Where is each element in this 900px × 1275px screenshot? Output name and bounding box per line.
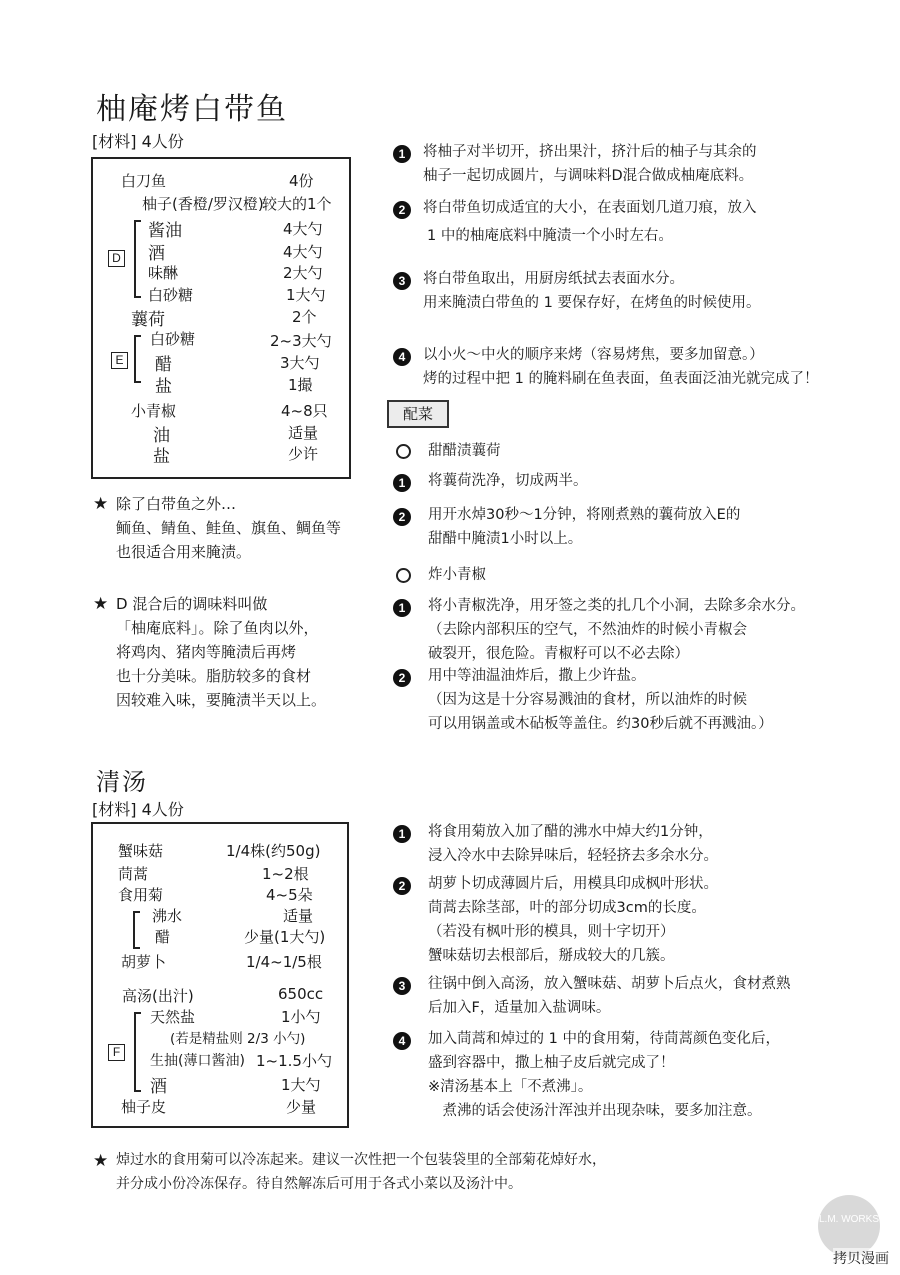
step-line: 1 中的柚庵底料中腌渍一个小时左右。 — [423, 224, 757, 248]
ingredient-qty: 适量 — [283, 905, 313, 926]
ingredient-qty: 650cc — [278, 985, 323, 1003]
step-line: 盛到容器中，撒上柚子皮后就完成了！ — [428, 1051, 780, 1075]
ingredient-qty: 少量 — [286, 1096, 316, 1117]
group-bracket-d — [134, 220, 141, 298]
group-tag-d: D — [108, 250, 125, 267]
group-bracket-f — [134, 1012, 141, 1092]
step-number-1-icon: 1 — [393, 825, 411, 843]
ingredient-name: 蘘荷 — [131, 305, 165, 330]
step-line: 煮沸的话会使汤汁浑浊并出现杂味，要多加注意。 — [428, 1099, 780, 1123]
note-line: 焯过水的食用菊可以冷冻起来。建议一次性把一个包装袋里的全部菊花焯好水， — [116, 1148, 606, 1172]
step-line: 用来腌渍白带鱼的 1 要保存好，在烤鱼的时候使用。 — [423, 291, 760, 315]
note-line: 也很适合用来腌渍。 — [116, 540, 341, 564]
recipe1-note-1: 除了白带鱼之外… 鲕鱼、鲭鱼、鲑鱼、旗鱼、鲷鱼等 也很适合用来腌渍。 — [116, 492, 341, 564]
side-dish-2-step-1: 将小青椒洗净，用牙签之类的扎几个小洞，去除多余水分。 （去除内部积压的空气，不然… — [428, 594, 805, 666]
step-line: 往锅中倒入高汤，放入蟹味菇、胡萝卜后点火，食材煮熟 — [428, 972, 791, 996]
step-line: 将白带鱼切成适宜的大小，在表面划几道刀痕，放入 — [423, 196, 757, 220]
star-icon: ★ — [93, 494, 108, 514]
ingredient-name: 柚子(香橙/罗汉橙) — [142, 193, 264, 214]
ingredient-qty: 1/4株(约50g) — [226, 840, 320, 861]
step-number-3-icon: 3 — [393, 272, 411, 290]
side-dish-label: 配菜 — [387, 400, 449, 428]
step-line: （若没有枫叶形的模具，则十字切开） — [428, 920, 718, 944]
ingredient-qty: 1大勺 — [281, 1074, 321, 1095]
note-line: 除了白带鱼之外… — [116, 492, 341, 516]
step-line: 蟹味菇切去根部后，掰成较大的几簇。 — [428, 944, 718, 968]
ingredient-qty: 1~2根 — [262, 863, 309, 884]
ingredient-qty: 4份 — [289, 170, 314, 191]
ingredient-name: 味醂 — [148, 262, 178, 283]
step-line: 用中等油温油炸后，撒上少许盐。 — [428, 664, 773, 688]
step-line: 将食用菊放入加了醋的沸水中焯大约1分钟， — [428, 820, 718, 844]
note-line: 将鸡肉、猪肉等腌渍后再烤 — [116, 640, 326, 664]
step-line: 柚子一起切成圆片，与调味料D混合做成柚庵底料。 — [423, 164, 757, 188]
star-icon: ★ — [93, 594, 108, 614]
ingredient-qty: 2个 — [292, 306, 317, 327]
step-number-2-icon: 2 — [393, 669, 411, 687]
ingredient-name: 醋 — [155, 926, 170, 947]
group-tag-e: E — [111, 352, 128, 369]
ingredient-name: 蟹味菇 — [118, 840, 163, 861]
ingredient-note: (若是精盐则 2/3 小勺) — [170, 1027, 305, 1047]
ingredient-name: 高汤(出汁) — [122, 985, 194, 1006]
ingredient-qty: 1~1.5小勺 — [256, 1050, 332, 1071]
ingredient-qty: 1小勺 — [281, 1006, 321, 1027]
step-line: （因为这是十分容易溅油的食材，所以油炸的时候 — [428, 688, 773, 712]
ingredient-name: 柚子皮 — [121, 1096, 166, 1117]
recipe2-step-2: 胡萝卜切成薄圆片后，用模具印成枫叶形状。 茼蒿去除茎部，叶的部分切成3cm的长度… — [428, 872, 718, 968]
ingredient-qty: 4~5朵 — [266, 884, 313, 905]
ingredient-qty: 适量 — [288, 422, 318, 443]
step-number-2-icon: 2 — [393, 201, 411, 219]
ingredient-name: 茼蒿 — [118, 863, 148, 884]
note-line: 也十分美味。脂肪较多的食材 — [116, 664, 326, 688]
ingredient-name: 天然盐 — [150, 1006, 195, 1027]
ingredient-name: 生抽(薄口酱油) — [150, 1050, 245, 1070]
ingredient-qty: 1/4~1/5根 — [246, 951, 322, 972]
circle-bullet-icon — [396, 568, 411, 583]
star-icon: ★ — [93, 1151, 108, 1171]
ingredient-name: 白砂糖 — [150, 328, 195, 349]
note-line: 因较难入味，要腌渍半天以上。 — [116, 688, 326, 712]
step-number-1-icon: 1 — [393, 599, 411, 617]
ingredient-name: 小青椒 — [131, 400, 176, 421]
step-line: 将小青椒洗净，用牙签之类的扎几个小洞，去除多余水分。 — [428, 594, 805, 618]
step-line: （去除内部积压的空气，不然油炸的时候小青椒会 — [428, 618, 805, 642]
note-line: D 混合后的调味料叫做 — [116, 592, 326, 616]
step-line: 加入茼蒿和焯过的 1 中的食用菊，待茼蒿颜色变化后， — [428, 1027, 780, 1051]
step-line: 浸入冷水中去除异味后，轻轻挤去多余水分。 — [428, 844, 718, 868]
side-dish-1-title: 甜醋渍蘘荷 — [428, 439, 501, 463]
ingredient-qty: 4大勺 — [283, 218, 323, 239]
group-tag-f: F — [108, 1044, 125, 1061]
note-line: 并分成小份冷冻保存。待自然解冻后可用于各式小菜以及汤汁中。 — [116, 1172, 606, 1196]
circle-bullet-icon — [396, 444, 411, 459]
ingredient-name: 白砂糖 — [148, 284, 193, 305]
step-line: 胡萝卜切成薄圆片后，用模具印成枫叶形状。 — [428, 872, 718, 896]
step-line: 以小火～中火的顺序来烤（容易烤焦，要多加留意。） — [423, 343, 818, 367]
recipe1-title: 柚庵烤白带鱼 — [96, 84, 288, 128]
ingredient-qty: 4大勺 — [283, 241, 323, 262]
side-dish-2-step-2: 用中等油温油炸后，撒上少许盐。 （因为这是十分容易溅油的食材，所以油炸的时候 可… — [428, 664, 773, 736]
ingredient-qty: 1撮 — [288, 374, 313, 395]
step-number-4-icon: 4 — [393, 348, 411, 366]
step-number-1-icon: 1 — [393, 474, 411, 492]
ingredient-name: 沸水 — [152, 905, 182, 926]
ingredient-qty: 4~8只 — [281, 400, 328, 421]
ingredient-name: 酱油 — [148, 216, 182, 241]
ingredient-name: 酒 — [150, 1072, 167, 1097]
step-number-3-icon: 3 — [393, 977, 411, 995]
ingredient-qty: 2大勺 — [283, 262, 323, 283]
side-dish-1-step-1: 将蘘荷洗净，切成两半。 — [428, 469, 588, 493]
recipe1-step-3: 将白带鱼取出，用厨房纸拭去表面水分。 用来腌渍白带鱼的 1 要保存好，在烤鱼的时… — [423, 267, 760, 315]
ingredient-name-text: 柚子(香橙/罗汉橙) — [142, 195, 264, 213]
step-number-4-icon: 4 — [393, 1032, 411, 1050]
step-line: 用开水焯30秒～1分钟，将刚煮熟的蘘荷放入E的 — [428, 503, 740, 527]
note-line: 鲕鱼、鲭鱼、鲑鱼、旗鱼、鲷鱼等 — [116, 516, 341, 540]
step-line: 茼蒿去除茎部，叶的部分切成3cm的长度。 — [428, 896, 718, 920]
step-line: 将柚子对半切开，挤出果汁，挤汁后的柚子与其余的 — [423, 140, 757, 164]
step-number-1-icon: 1 — [393, 145, 411, 163]
recipe1-note-2: D 混合后的调味料叫做 「柚庵底料」。除了鱼肉以外， 将鸡肉、猪肉等腌渍后再烤 … — [116, 592, 326, 712]
group-bracket — [133, 911, 140, 949]
ingredient-name: 胡萝卜 — [121, 951, 166, 972]
step-line: 将蘘荷洗净，切成两半。 — [428, 469, 588, 493]
step-number-2-icon: 2 — [393, 508, 411, 526]
recipe2-step-3: 往锅中倒入高汤，放入蟹味菇、胡萝卜后点火，食材煮熟 后加入F，适量加入盐调味。 — [428, 972, 791, 1020]
step-line: ※清汤基本上「不煮沸」。 — [428, 1075, 780, 1099]
step-line: 甜醋中腌渍1小时以上。 — [428, 527, 740, 551]
step-line: 可以用锅盖或木砧板等盖住。约30秒后就不再溅油。） — [428, 712, 773, 736]
recipe1-step-1: 将柚子对半切开，挤出果汁，挤汁后的柚子与其余的 柚子一起切成圆片，与调味料D混合… — [423, 140, 757, 188]
step-line: 烤的过程中把 1 的腌料刷在鱼表面，鱼表面泛油光就完成了！ — [423, 367, 818, 391]
recipe1-servings: [材料] 4人份 — [92, 129, 184, 152]
ingredient-name: 盐 — [155, 372, 172, 397]
side-dish-2-title: 炸小青椒 — [428, 563, 486, 587]
ingredient-name: 酒 — [148, 239, 165, 264]
recipe2-note: 焯过水的食用菊可以冷冻起来。建议一次性把一个包装袋里的全部菊花焯好水， 并分成小… — [116, 1148, 606, 1196]
ingredient-name: 白刀鱼 — [121, 170, 166, 191]
note-line: 「柚庵底料」。除了鱼肉以外， — [116, 616, 326, 640]
recipe1-step-2: 将白带鱼切成适宜的大小，在表面划几道刀痕，放入 1 中的柚庵底料中腌渍一个小时左… — [423, 196, 757, 248]
ingredient-qty: 少许 — [288, 443, 318, 464]
ingredient-name: 食用菊 — [118, 884, 163, 905]
ingredient-qty: 3大勺 — [280, 352, 320, 373]
step-line: 后加入F，适量加入盐调味。 — [428, 996, 791, 1020]
ingredient-qty: 少量(1大勺) — [244, 926, 325, 947]
side-dish-1-step-2: 用开水焯30秒～1分钟，将刚煮熟的蘘荷放入E的 甜醋中腌渍1小时以上。 — [428, 503, 740, 551]
ingredient-qty: 1大勺 — [286, 284, 326, 305]
step-number-2-icon: 2 — [393, 877, 411, 895]
recipe2-title: 清汤 — [96, 762, 148, 797]
watermark-text: 拷贝漫画 — [833, 1248, 889, 1268]
recipe2-step-4: 加入茼蒿和焯过的 1 中的食用菊，待茼蒿颜色变化后， 盛到容器中，撒上柚子皮后就… — [428, 1027, 780, 1123]
recipe2-servings: [材料] 4人份 — [92, 797, 184, 820]
ingredient-name: 盐 — [153, 442, 170, 467]
ingredient-qty: 2~3大勺 — [270, 330, 332, 351]
group-bracket-e — [134, 335, 141, 383]
step-line: 将白带鱼取出，用厨房纸拭去表面水分。 — [423, 267, 760, 291]
recipe2-step-1: 将食用菊放入加了醋的沸水中焯大约1分钟， 浸入冷水中去除异味后，轻轻挤去多余水分… — [428, 820, 718, 868]
step-line: 破裂开，很危险。青椒籽可以不必去除） — [428, 642, 805, 666]
recipe1-step-4: 以小火～中火的顺序来烤（容易烤焦，要多加留意。） 烤的过程中把 1 的腌料刷在鱼… — [423, 343, 818, 391]
ingredient-qty: 较大的1个 — [262, 193, 332, 214]
